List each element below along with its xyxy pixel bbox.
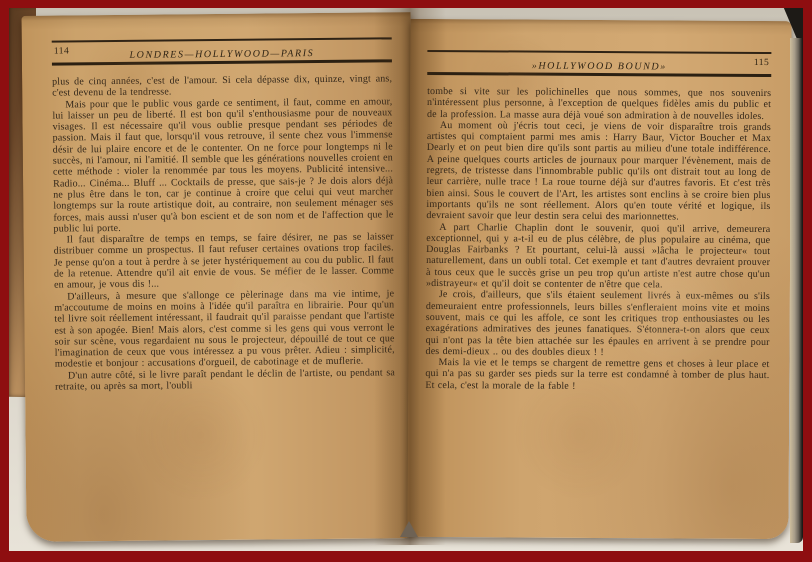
framed-book-photo: 114 LONDRES—HOLLYWOOD—PARIS plus de cinq…: [0, 0, 812, 562]
photo-surface: 114 LONDRES—HOLLYWOOD—PARIS plus de cinq…: [9, 8, 803, 551]
paragraph: D'un autre côté, si le livre paraît pend…: [55, 367, 395, 393]
paragraph: tombe si vite sur les polichinelles que …: [427, 86, 771, 122]
right-running-title: »HOLLYWOOD BOUND»: [532, 61, 667, 73]
paragraph: Il faut disparaître de temps en temps, s…: [54, 231, 395, 291]
page-left-content: 114 LONDRES—HOLLYWOOD—PARIS plus de cinq…: [21, 12, 414, 393]
paragraph: Mais pour que le public vous garde ce se…: [52, 96, 393, 235]
right-text-column: tombe si vite sur les polichinelles que …: [425, 86, 771, 393]
right-running-head: »HOLLYWOOD BOUND» 115: [427, 50, 771, 77]
left-running-title: LONDRES—HOLLYWOOD—PARIS: [129, 48, 314, 61]
left-text-column: plus de cinq années, c'est de l'amour. S…: [52, 73, 395, 393]
page-right-content: »HOLLYWOOD BOUND» 115 tombe si vite sur …: [408, 19, 791, 393]
book-page-left: 114 LONDRES—HOLLYWOOD—PARIS plus de cinq…: [21, 12, 415, 542]
paragraph: D'ailleurs, à mesure que s'allonge ce pè…: [54, 288, 395, 370]
paragraph: Mais la vie et le temps se chargent de r…: [425, 357, 769, 393]
paragraph: A part Charlie Chaplin dont le souvenir,…: [426, 222, 770, 292]
book-page-right: »HOLLYWOOD BOUND» 115 tombe si vite sur …: [407, 19, 791, 539]
page-block-right-edge: [790, 38, 803, 543]
book-gutter-bottom-notch: [400, 521, 418, 537]
left-running-head: 114 LONDRES—HOLLYWOOD—PARIS: [52, 37, 392, 65]
paragraph: plus de cinq années, c'est de l'amour. S…: [52, 73, 392, 99]
right-page-number: 115: [754, 58, 769, 68]
left-page-number: 114: [54, 46, 70, 56]
paragraph: Au moment où j'écris tout ceci, je viens…: [426, 120, 771, 224]
paragraph: Je crois, d'ailleurs, que s'ils étaient …: [426, 289, 770, 359]
